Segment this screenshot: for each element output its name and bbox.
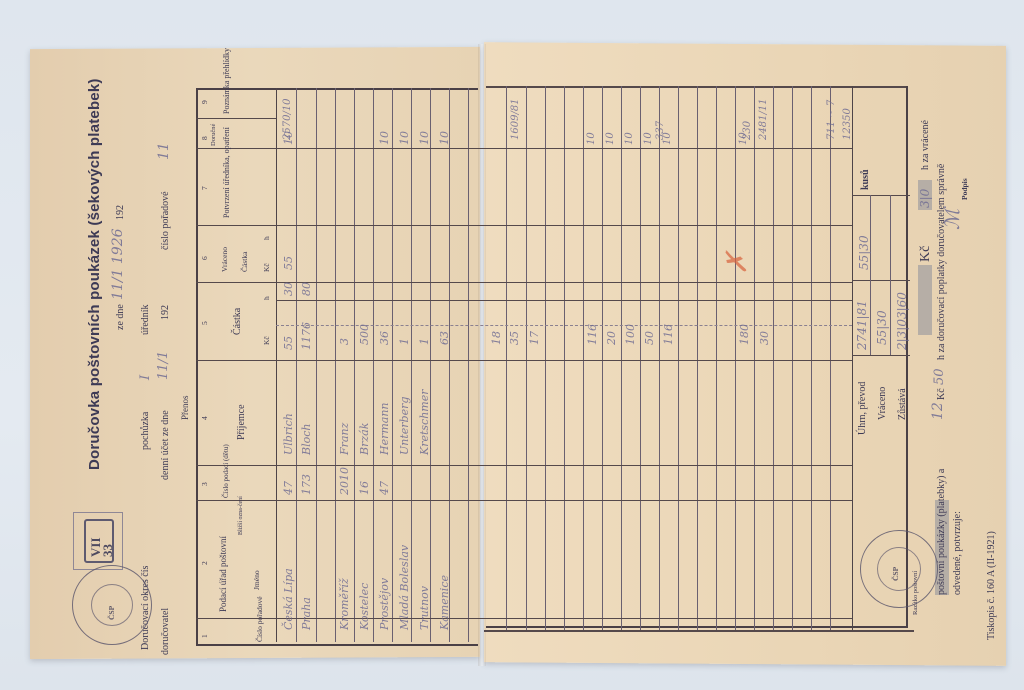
margin-note: 337 xyxy=(655,121,666,140)
margin-note: 1609/81 xyxy=(510,98,521,140)
entry-kc: 18 xyxy=(490,331,503,345)
row-line xyxy=(296,88,297,642)
kusu-label: kusů xyxy=(860,169,871,190)
summary-line-4: odvedené, potvrzuje: xyxy=(952,511,963,595)
entry-kc: 116 xyxy=(586,324,599,345)
entry-dorucne: 10 xyxy=(418,131,431,145)
row-line xyxy=(564,86,565,630)
entry-recipient: Hermann xyxy=(378,402,391,455)
summary-line-3: h za doručovací poplatky doručovatelem s… xyxy=(936,164,947,360)
col-sep-castka-h xyxy=(276,300,852,301)
row-line xyxy=(430,88,431,642)
row-line xyxy=(773,86,774,630)
entry-kc: 17 xyxy=(528,331,541,345)
row-line xyxy=(392,88,393,642)
entry-dorucne: 10 xyxy=(643,132,654,145)
entry-h: 80 xyxy=(300,282,313,296)
entry-dorucne: 10 xyxy=(605,132,616,145)
col-4-sep xyxy=(196,465,276,466)
entry-kc: 30 xyxy=(758,331,771,345)
district-stamp-box: VII 33 xyxy=(73,512,123,570)
entry-podaci: 47 xyxy=(378,481,391,495)
summary-line xyxy=(852,195,910,196)
col-7-sep xyxy=(196,225,276,226)
district-stamp-bottom: 33 xyxy=(100,544,116,557)
col-5-kc: Kč xyxy=(262,336,271,345)
col-1-num: 1 xyxy=(200,634,209,638)
entry-kc: 180 xyxy=(738,324,751,345)
cislo-poradove-label: číslo pořadové xyxy=(160,191,171,250)
col-2-num: 2 xyxy=(200,561,209,565)
postmark-left-center: ČSP xyxy=(107,606,116,620)
row-line xyxy=(449,88,450,642)
kc-shaded-field xyxy=(918,265,932,335)
col-7-num: 7 xyxy=(200,186,209,190)
row-line xyxy=(602,86,603,630)
col-sep-cislo xyxy=(276,500,852,501)
entry-podaci: 173 xyxy=(300,474,313,495)
row-line xyxy=(754,86,755,630)
col-5-h: h xyxy=(262,296,271,300)
col-3-num: 3 xyxy=(200,482,209,486)
tiskopis-footer: Tiskopis č. 160 A (II-1921) xyxy=(986,531,997,640)
col-8-sep xyxy=(196,148,276,149)
row-line xyxy=(411,88,412,642)
denni-ucet-label: denní účet ze dne xyxy=(160,410,171,480)
cislo-poradove-value: 11 xyxy=(156,142,172,160)
entry-recipient: Franz xyxy=(338,423,351,455)
summary-line xyxy=(852,355,910,356)
kc2-value: 50 xyxy=(932,368,947,385)
col-5-num: 5 xyxy=(200,321,209,325)
row-line xyxy=(678,86,679,630)
entry-h: 30 xyxy=(282,282,295,296)
entry-kc: 3 xyxy=(338,338,351,345)
row-line xyxy=(811,86,812,630)
district-stamp-frame: VII 33 xyxy=(84,519,114,563)
entry-dorucne: 10 xyxy=(624,132,635,145)
entry-dorucne: 10 xyxy=(438,131,451,145)
col-sep-dorucne xyxy=(276,148,852,149)
ze-dne-year: 192 xyxy=(115,205,126,220)
entry-kc: 1 xyxy=(418,338,431,345)
entry-dorucne: 10 xyxy=(398,131,411,145)
col-sep-vraceno xyxy=(276,282,852,283)
col-4-label: Příjemce xyxy=(236,404,247,440)
summary-col xyxy=(870,195,871,355)
col-6-h: h xyxy=(262,236,271,240)
entry-h: 63 xyxy=(438,331,451,345)
entry-office: Trutnov xyxy=(418,586,431,630)
col-6-label: Vráceno xyxy=(220,247,229,272)
header-bottom-line xyxy=(276,88,277,642)
row-line xyxy=(716,86,717,630)
col-sep-potvrzeni xyxy=(276,225,852,226)
ze-dne-label: ze dne xyxy=(115,304,126,330)
summary-line-2-value: 12 xyxy=(930,402,946,420)
entry-podaci: 47 xyxy=(282,481,295,495)
margin-note: 2570/10 xyxy=(282,98,293,140)
col-4-num: 4 xyxy=(200,416,209,420)
summary-separator xyxy=(852,86,853,630)
signature: ℳ xyxy=(940,209,964,230)
row-line xyxy=(316,88,317,642)
margin-note: 711 ~ 7 xyxy=(826,100,837,140)
kc-label: Kč xyxy=(918,246,934,262)
denni-ucet-year: 192 xyxy=(160,305,171,320)
col-2-sub-jmeno: Jméno xyxy=(252,570,261,590)
entry-office: Prostějov xyxy=(378,578,391,630)
margin-note: 230 xyxy=(742,121,753,140)
entry-office: Česká Lípa xyxy=(282,568,295,630)
col-2-sep xyxy=(196,618,276,619)
red-check-mark: ✗ xyxy=(720,252,753,275)
col-6-sep xyxy=(196,282,276,283)
entry-kc: 50 xyxy=(643,331,656,345)
col-1-label: Číslo pořadové xyxy=(255,596,264,642)
entry-recipient: Unterberg xyxy=(398,397,411,455)
entry-kc: 1176 xyxy=(300,322,313,350)
row-line xyxy=(640,86,641,630)
col-5-sep xyxy=(196,360,276,361)
row-line xyxy=(506,86,507,630)
entry-recipient: Ulbrich xyxy=(282,413,295,455)
entry-podaci: 16 xyxy=(358,481,371,495)
ze-dne-value: 11/1 1926 xyxy=(110,228,126,300)
summary-line-2: poštovní poukázky (platebky) a xyxy=(936,469,947,595)
col-9-sep xyxy=(196,118,276,119)
urednik-label: úředník xyxy=(140,304,151,335)
table-top-line-right xyxy=(486,86,906,88)
vraceno-value: 55|30 xyxy=(875,310,889,345)
col-5-label: Částka xyxy=(232,308,243,335)
table-bottom-line-right xyxy=(484,630,914,632)
kc-value: 3|0 xyxy=(918,189,932,208)
entry-dorucne: 10 xyxy=(586,132,597,145)
margin-note: 12350 xyxy=(842,108,853,140)
row-line xyxy=(792,86,793,630)
h-za-vracene-label: h za vrácené xyxy=(920,120,931,170)
entries-table-left xyxy=(196,88,478,646)
razitko-label: Razítko poštovní xyxy=(912,571,919,615)
row-line xyxy=(697,86,698,630)
row-line xyxy=(526,86,527,630)
col-3-sep xyxy=(196,500,276,501)
col-6-num: 6 xyxy=(200,256,209,260)
col-8-num: 8 xyxy=(200,136,209,140)
uhrn-prevod-value: 2741|81 xyxy=(855,300,869,350)
postmark-left: ČSP xyxy=(72,565,152,645)
row-line xyxy=(621,86,622,630)
entry-office: Mladá Boleslav xyxy=(398,545,411,630)
entry-kc: 100 xyxy=(624,324,637,345)
entry-office: Praha xyxy=(300,597,313,630)
col-2-label: Podací úřad poštovní xyxy=(218,536,228,612)
col-sep-prijemce xyxy=(276,465,852,466)
uhrn-prevod-label: Úhrn, převod xyxy=(857,382,868,435)
entry-office: Kamenice xyxy=(438,575,451,630)
entry-kc: 116 xyxy=(662,324,675,345)
row-line xyxy=(335,88,336,642)
pochuzka-label: pochůzka xyxy=(140,412,151,450)
col-sep-castka xyxy=(276,360,852,361)
postmark-right-center: ČSP xyxy=(891,567,900,581)
col-7-label: Potvrzení úředníka, opatření xyxy=(222,127,231,218)
zustava-value: 2|3|03|60 xyxy=(895,292,909,350)
row-line xyxy=(659,86,660,630)
entry-kc: 35 xyxy=(508,331,521,345)
entry-recipient: Bloch xyxy=(300,424,313,455)
summary-line xyxy=(852,280,910,281)
row-line xyxy=(583,86,584,630)
vraceno-label: Vráceno xyxy=(877,387,888,420)
col-6-sub-label: Částka xyxy=(240,252,249,272)
row-line xyxy=(735,86,736,630)
entry-kc: 20 xyxy=(605,331,618,345)
denni-ucet-value: 11/1 xyxy=(156,351,171,380)
entry-podaci: 2010 xyxy=(338,467,351,495)
col-9-num: 9 xyxy=(200,100,209,104)
kusu-value: 55|30 xyxy=(857,235,871,270)
entry-recipient: Kretschmer xyxy=(418,390,431,456)
row-line xyxy=(830,86,831,630)
col-8-label: Doručné xyxy=(210,124,217,146)
kc2-label: Kč xyxy=(936,388,947,400)
col-3-label: Číslo podací (dětu) xyxy=(222,444,230,498)
postmark-right: ČSP xyxy=(860,530,938,608)
col-6-kc: Kč xyxy=(262,263,271,272)
row-line xyxy=(373,88,374,642)
pochuzka-value: I xyxy=(138,375,153,380)
prenos-label: Přenos xyxy=(180,396,190,421)
margin-note: 2481/11 xyxy=(758,98,769,140)
zustava-label: Zůstává xyxy=(897,388,908,420)
row-line xyxy=(354,88,355,642)
page-fold xyxy=(478,44,486,666)
entry-kc: 36 xyxy=(378,331,391,345)
entry-recipient: Brzák xyxy=(358,423,371,455)
row-line xyxy=(545,86,546,630)
col-2-sub-blizsi: Bližší ozna-čení xyxy=(238,496,244,535)
entry-kc: 55 xyxy=(282,336,295,350)
entry-office: Kroměříž xyxy=(338,578,351,630)
entry-kc: 500 xyxy=(358,324,371,345)
row-line xyxy=(468,88,469,642)
summary-col xyxy=(890,195,891,355)
entry-kc: 1 xyxy=(398,338,411,345)
dorucovatel-label: doručovatel xyxy=(160,608,171,655)
podpis-label: Podpis xyxy=(960,178,969,200)
entry-office: Kostelec xyxy=(358,583,371,630)
entry-vraceno-kc: 55 xyxy=(282,256,295,270)
document-title: Doručovka poštovních poukázek (šekových … xyxy=(86,78,103,470)
col-9-label: Poznámka přehlídky xyxy=(222,48,231,114)
entry-dorucne: 10 xyxy=(378,131,391,145)
